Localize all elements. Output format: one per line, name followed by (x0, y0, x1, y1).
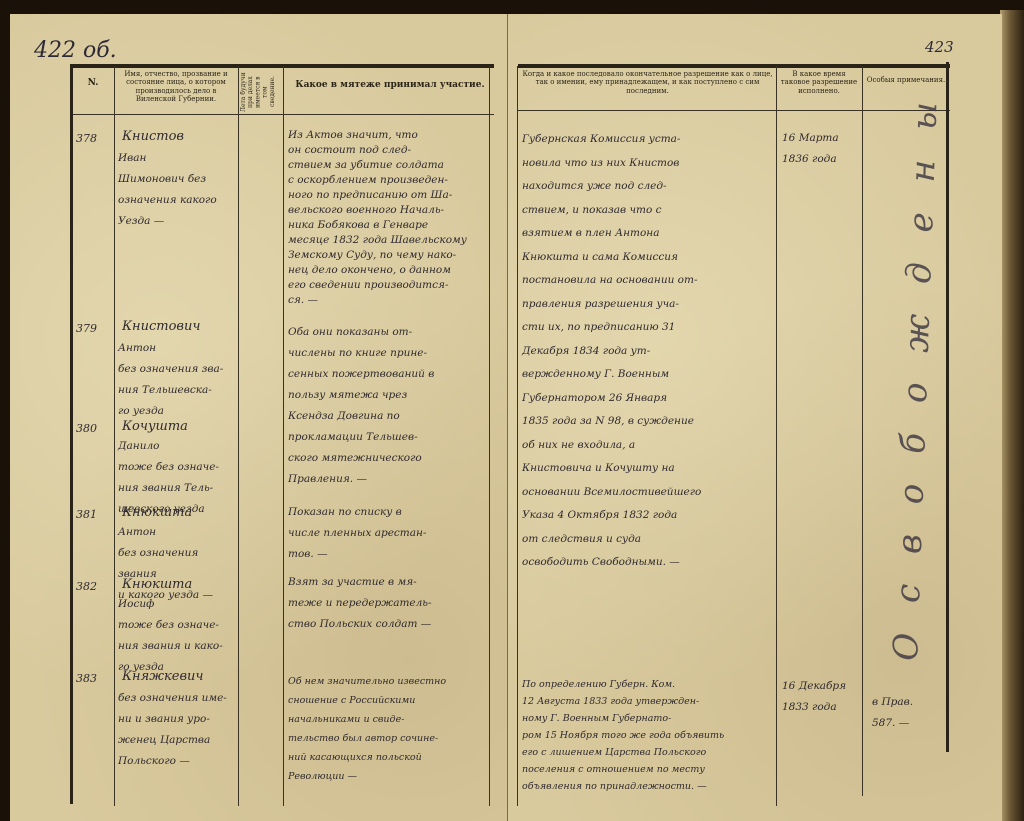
entry-surname: Книстович (122, 316, 200, 337)
decision-text: По определению Губерн. Ком. 12 Августа 1… (522, 676, 777, 795)
entry-surname: Кнюкшта (122, 502, 192, 523)
col-divider (283, 66, 284, 806)
col-divider (517, 66, 518, 806)
entry-number: 379 (76, 318, 97, 339)
entry-surname: Кочушта (122, 416, 188, 437)
entry-surname: Кнюкшта (122, 574, 192, 595)
header-decision: Когда и какое последовало окончательное … (520, 70, 775, 95)
entry-name-details: Антон без означения зва- ния Тельшевска-… (118, 338, 238, 422)
entry-number: 378 (76, 128, 97, 149)
header-age: Лета будучи при делах имеется в том свед… (240, 70, 270, 114)
notes-entry: в Прав. 587. — (872, 692, 946, 734)
header-top-rule (518, 64, 950, 68)
participation-text: Взят за участие в мя- теже и передержате… (288, 572, 488, 635)
header-bottom-rule (70, 114, 494, 115)
executed-date: 16 Декабря 1833 года (782, 676, 862, 718)
participation-text: Об нем значительно известно сношение с Р… (288, 672, 488, 786)
participation-text: Показан по списку в числе пленных ареста… (288, 502, 488, 565)
header-bottom-rule (518, 110, 950, 111)
header-name: Имя, отчество, прозвание и состояние лиц… (116, 70, 236, 104)
entry-number: 381 (76, 504, 97, 525)
col-divider (238, 66, 239, 806)
participation-text: Оба они показаны от- числены по книге пр… (288, 322, 488, 490)
entry-surname: Книстов (122, 126, 184, 147)
executed-date: 16 Марта 1836 года (782, 128, 862, 170)
decision-text: Губернская Комиссия уста- новила что из … (522, 128, 777, 575)
folio-left: 422 об. (34, 38, 117, 63)
header-executed: В какое время таковое разрешение исполне… (778, 70, 860, 95)
col-divider (862, 66, 863, 796)
entry-number: 383 (76, 668, 97, 689)
entry-surname: Княжкевич (122, 666, 204, 687)
header-participation: Какое в мятеже принимал участие. (290, 80, 490, 91)
right-margin-line (946, 62, 949, 752)
book-edge (1000, 10, 1024, 821)
entry-name-details: без означения име- ни и звания уро- жене… (118, 688, 238, 772)
col-divider (114, 66, 115, 806)
entry-number: 382 (76, 576, 97, 597)
entry-number: 380 (76, 418, 97, 439)
folio-right: 423 (925, 38, 954, 56)
left-margin-line (70, 64, 73, 804)
header-top-rule (70, 64, 494, 68)
entry-name-details: Иван Шимонович без означения какого Уезд… (118, 148, 238, 232)
header-number: N. (72, 78, 114, 89)
col-divider (489, 66, 490, 806)
participation-text: Из Актов значит, что он состоит под след… (288, 128, 488, 308)
